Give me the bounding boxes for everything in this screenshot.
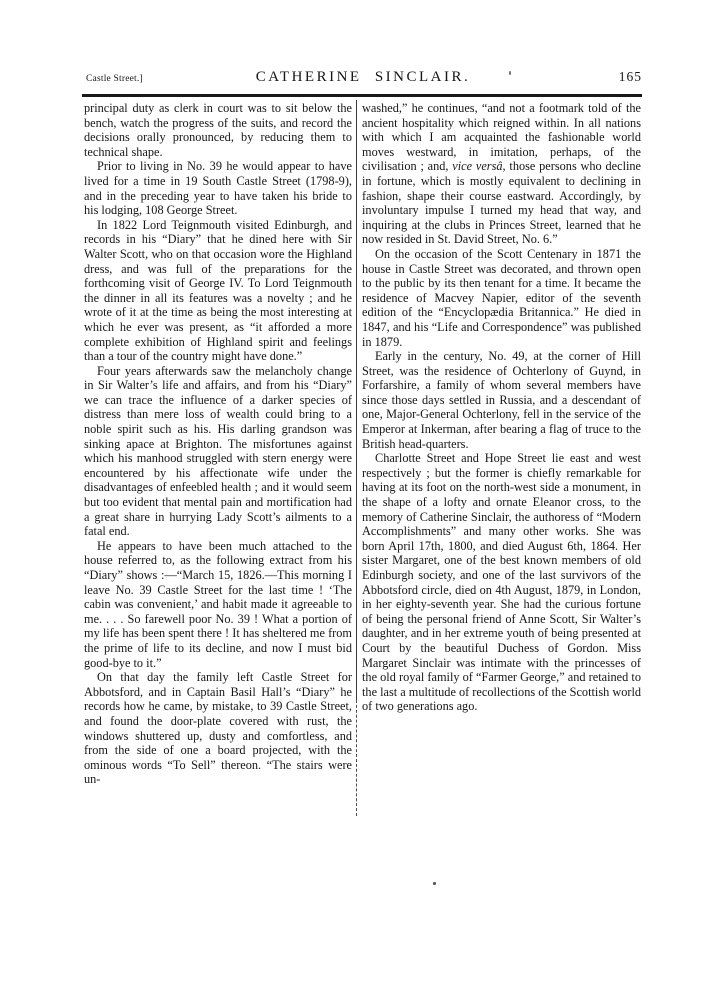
paragraph: washed,” he continues, “and not a footma… — [362, 101, 641, 247]
running-head: Castle Street.] CATHERINE SINCLAIR. 165 — [84, 66, 642, 86]
ink-speck — [509, 71, 511, 75]
right-column: washed,” he continues, “and not a footma… — [362, 101, 641, 787]
page-number: 165 — [619, 69, 642, 85]
paragraph: He appears to have been much attached to… — [84, 539, 352, 670]
left-column: principal duty as clerk in court was to … — [84, 101, 352, 787]
page-title: CATHERINE SINCLAIR. — [84, 69, 642, 86]
text-columns: principal duty as clerk in court was to … — [84, 101, 641, 787]
header-rule — [82, 94, 642, 97]
paragraph: principal duty as clerk in court was to … — [84, 101, 352, 159]
paragraph: On that day the family left Castle Stree… — [84, 670, 352, 787]
paragraph: On the occasion of the Scott Centenary i… — [362, 247, 641, 349]
paragraph: Four years afterwards saw the melancholy… — [84, 364, 352, 539]
paragraph: Charlotte Street and Hope Street lie eas… — [362, 451, 641, 714]
italic-phrase: vice versâ — [452, 159, 502, 173]
book-page: Castle Street.] CATHERINE SINCLAIR. 165 … — [0, 0, 722, 1000]
paragraph: In 1822 Lord Teignmouth visited Edinburg… — [84, 218, 352, 364]
paragraph: Prior to living in No. 39 he would appea… — [84, 159, 352, 217]
paragraph: Early in the century, No. 49, at the cor… — [362, 349, 641, 451]
ink-speck — [433, 882, 436, 885]
